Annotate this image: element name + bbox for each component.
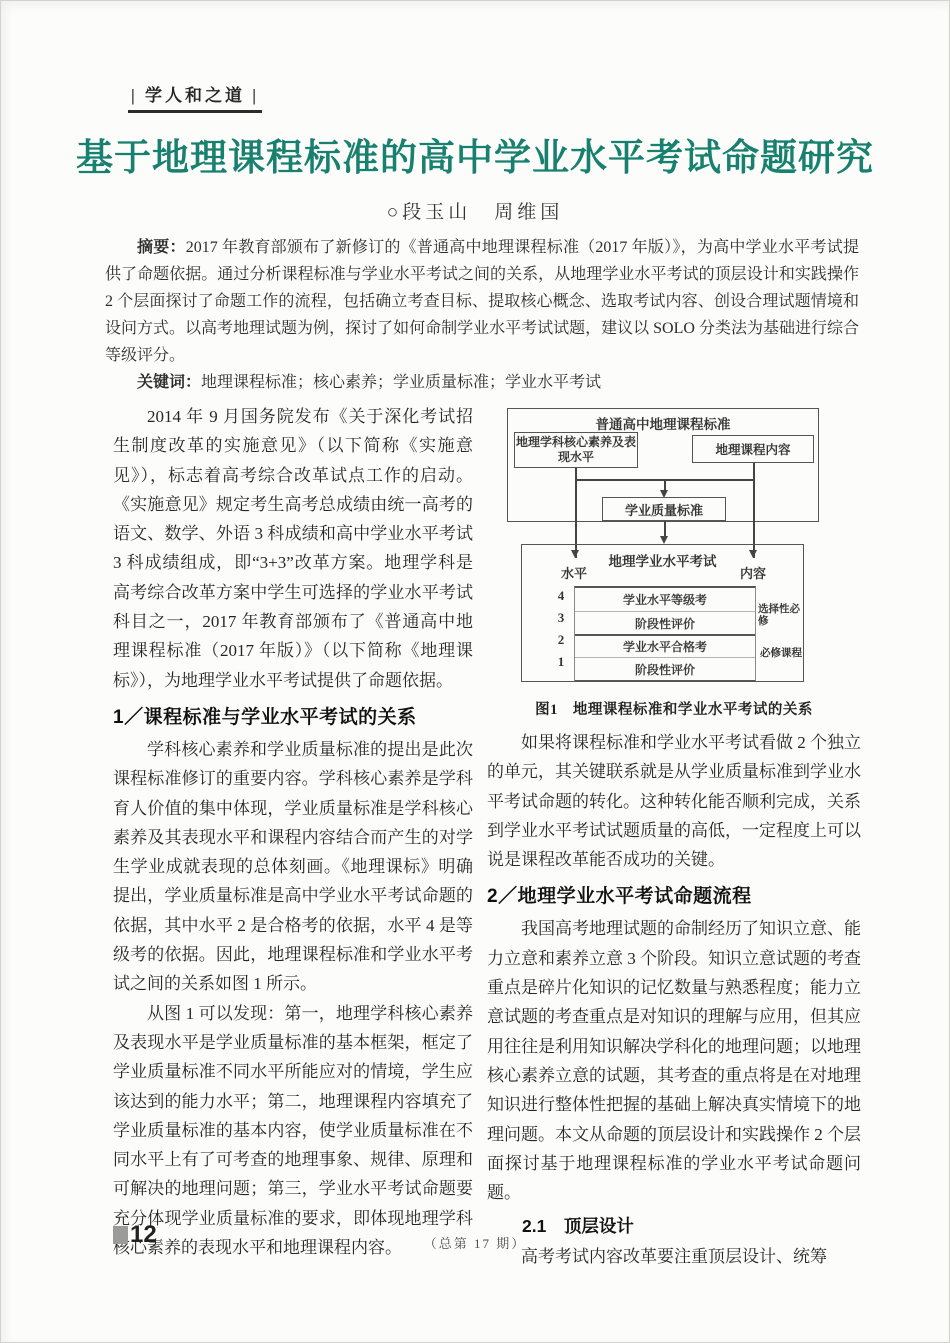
keywords-label: 关键词：	[137, 374, 201, 391]
abstract-block: 摘要：2017 年教育部颁布了新修订的《普通高中地理课程标准（2017 年版）》…	[105, 234, 859, 396]
figure-1: 普通高中地理课程标准 地理学科核心素养及表现水平 地理课程内容 学业质量标准 地…	[487, 402, 861, 724]
intro-paragraph: 2014 年 9 月国务院发布《关于深化考试招生制度改革的实施意见》（以下简称《…	[113, 402, 473, 695]
figure-row-pass-exam: 学业水平合格考	[575, 634, 755, 657]
figure-level-3: 3	[553, 610, 569, 626]
figure-level-2: 2	[553, 632, 569, 648]
section-1-heading: 1／课程标准与学业水平考试的关系	[113, 702, 473, 729]
article-title: 基于地理课程标准的高中学业水平考试命题研究	[1, 127, 949, 181]
section-2-paragraph-1: 我国高考地理试题的命制经历了知识立意、能力立意和素养立意 3 个阶段。知识立意试…	[487, 914, 861, 1207]
figure-label-elective: 选择性必修	[758, 604, 806, 627]
figure-row-stage-eval-2: 阶段性评价	[575, 657, 755, 680]
abstract-paragraph: 摘要：2017 年教育部颁布了新修订的《普通高中地理课程标准（2017 年版）》…	[105, 234, 859, 369]
figure-connector-mid-line-2	[664, 521, 666, 537]
figure-row-stage-eval-1: 阶段性评价	[575, 611, 755, 634]
journal-page: | 学人和之道 | 基于地理课程标准的高中学业水平考试命题研究 ○段玉山 周维国…	[0, 0, 950, 1343]
abstract-label: 摘要：	[137, 239, 186, 256]
section-2-heading: 2／地理学业水平考试命题流程	[487, 881, 861, 908]
figure-level-4: 4	[553, 588, 569, 604]
authors: ○段玉山 周维国	[1, 197, 949, 224]
arrow-down-icon	[660, 536, 668, 544]
figure-label-level: 水平	[561, 563, 587, 582]
left-column: 2014 年 9 月国务院发布《关于深化考试招生制度改革的实施意见》（以下简称《…	[113, 402, 473, 1272]
figure-row-grade-exam: 学业水平等级考	[575, 588, 755, 611]
column-tag: | 学人和之道 |	[128, 81, 262, 113]
two-column-body: 2014 年 9 月国务院发布《关于深化考试招生制度改革的实施意见》（以下简称《…	[113, 402, 861, 1272]
figure-label-compulsory: 必修课程	[760, 648, 808, 660]
figure-box-quality-standard: 学业质量标准	[602, 497, 726, 521]
right-column: 普通高中地理课程标准 地理学科核心素养及表现水平 地理课程内容 学业质量标准 地…	[487, 402, 861, 1272]
issue-number: （总第 17 期）	[1, 1233, 949, 1252]
figure-level-1: 1	[553, 654, 569, 670]
figure-label-content: 内容	[740, 563, 766, 582]
section-1-paragraph-2: 从图 1 可以发现：第一，地理学科核心素养及表现水平是学业质量标准的基本框架，框…	[113, 999, 473, 1263]
figure-caption: 图1 地理课程标准和学业水平考试的关系	[487, 698, 861, 719]
figure-box-course-content: 地理课程内容	[692, 435, 814, 463]
keywords-text: 地理课程标准；核心素养；学业质量标准；学业水平考试	[201, 374, 601, 391]
section-1-paragraph-1: 学科核心素养和学业质量标准的提出是此次课程标准修订的重要内容。学科核心素养是学科…	[113, 735, 473, 999]
figure-exam-table: 学业水平等级考 阶段性评价 学业水平合格考 阶段性评价	[574, 586, 756, 682]
figure-box-core-competency: 地理学科核心素养及表现水平	[514, 432, 638, 468]
section-1-paragraph-3: 如果将课程标准和学业水平考试看做 2 个独立的单元，其关键联系就是从学业质量标准…	[487, 728, 861, 874]
abstract-text: 2017 年教育部颁布了新修订的《普通高中地理课程标准（2017 年版）》，为高…	[105, 239, 859, 364]
keywords-line: 关键词：地理课程标准；核心素养；学业质量标准；学业水平考试	[105, 369, 859, 396]
figure-outer-title: 普通高中地理课程标准	[507, 413, 819, 433]
